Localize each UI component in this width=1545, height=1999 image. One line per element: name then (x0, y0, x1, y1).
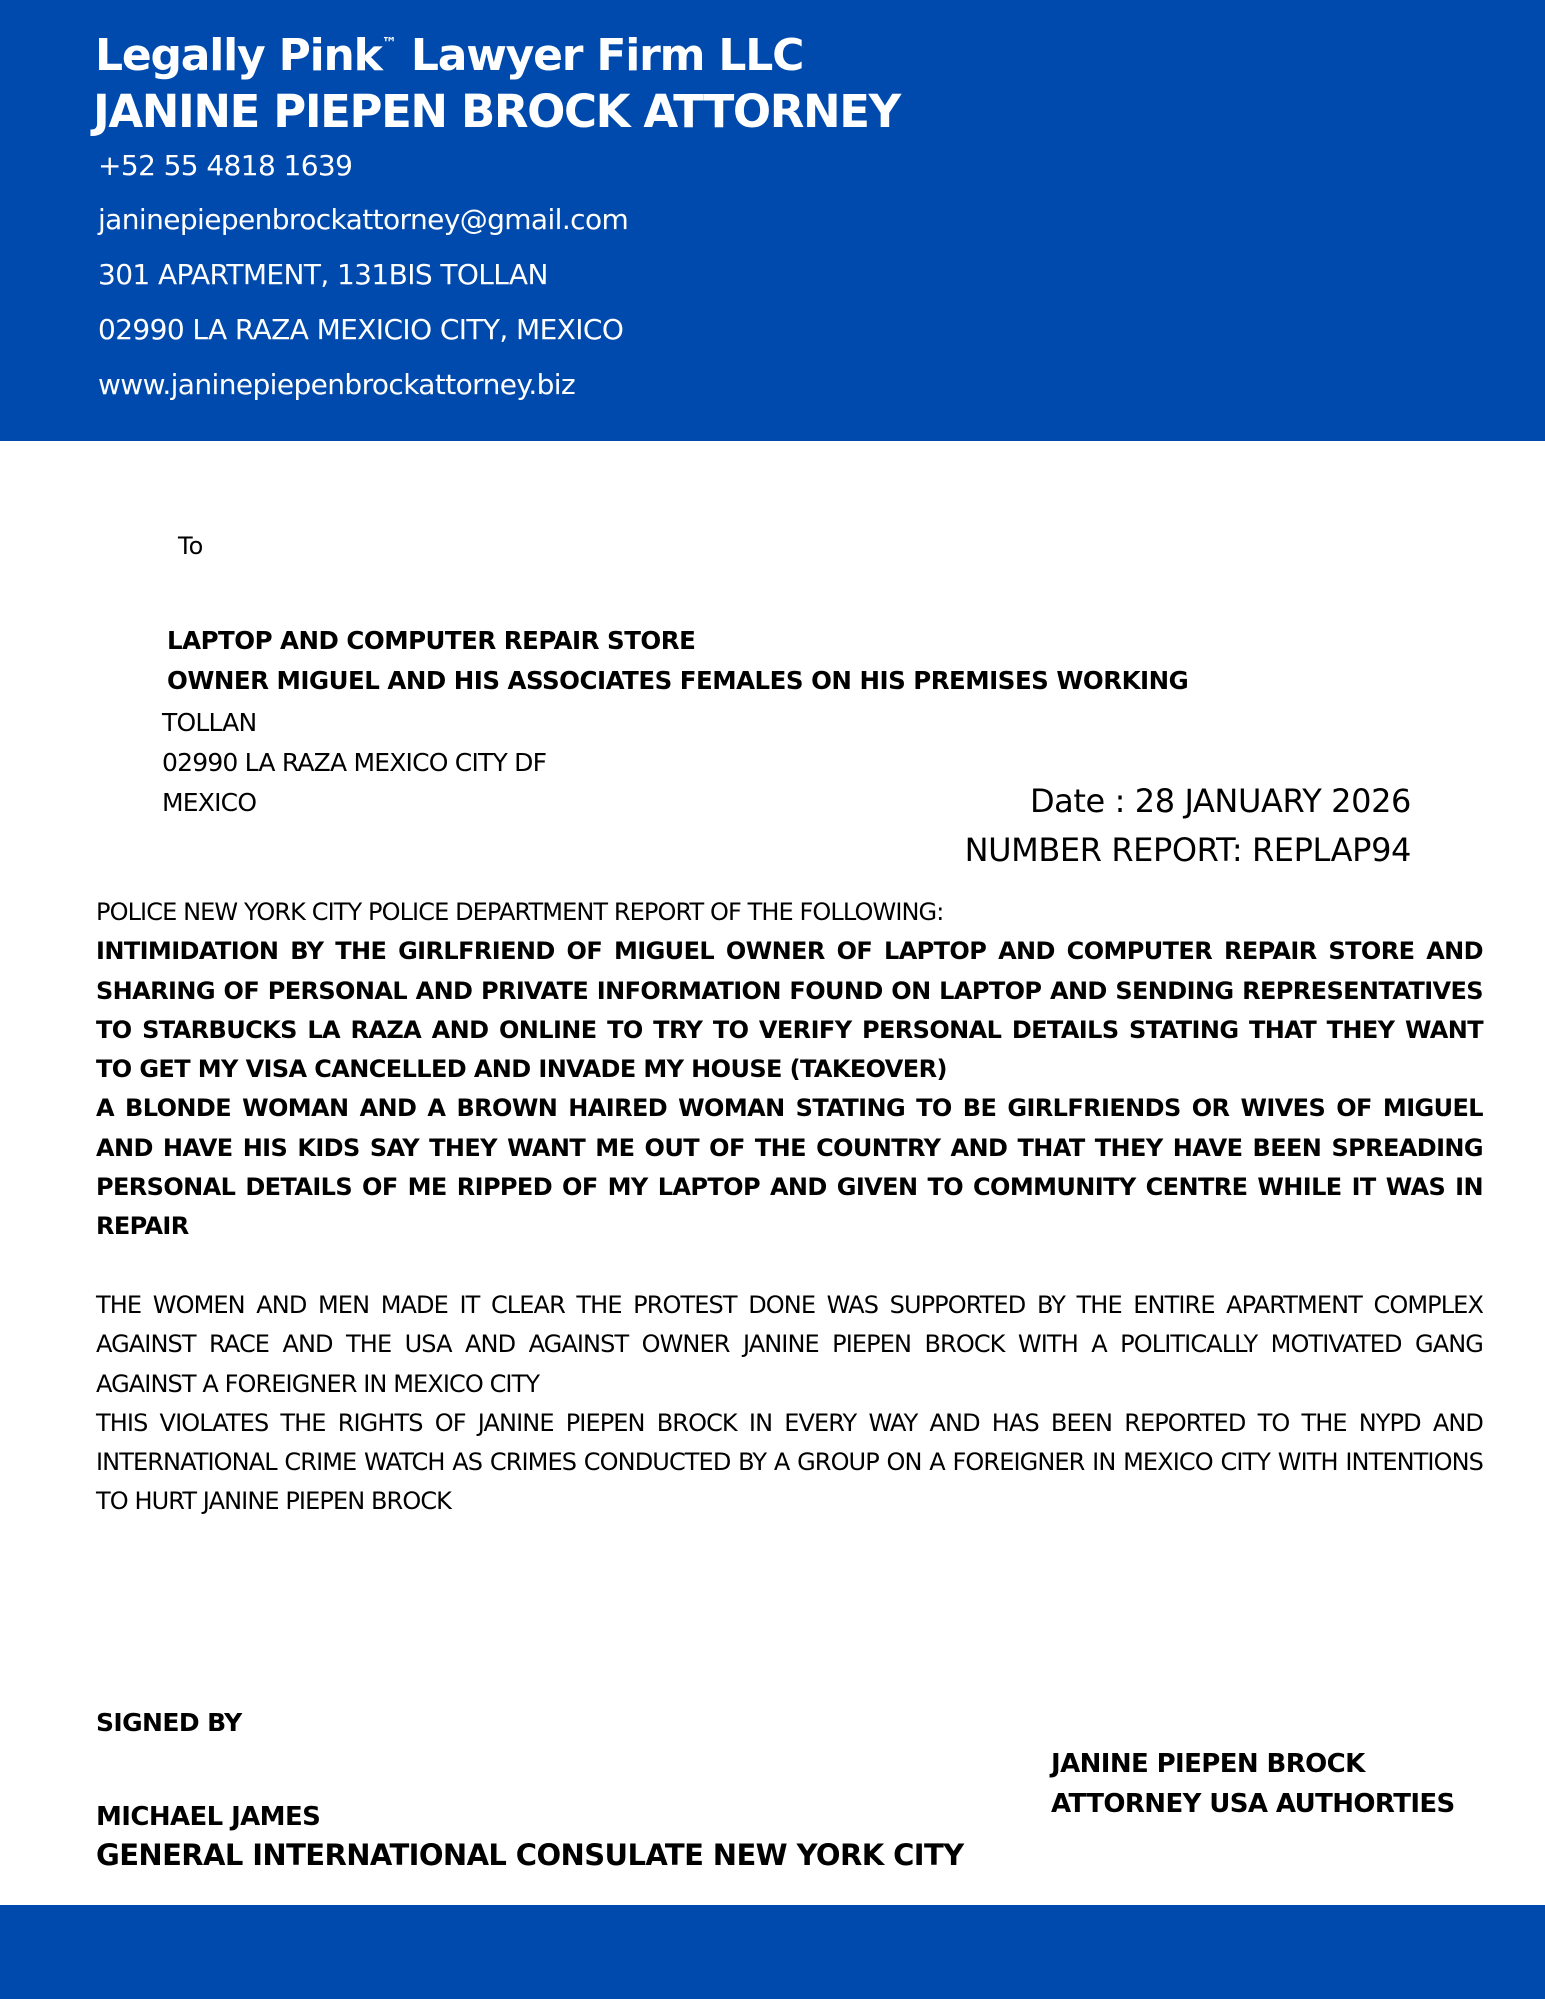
document-date: Date : 28 JANUARY 2026 (1030, 779, 1411, 823)
report-paragraph-protest: THE WOMEN AND MEN MADE IT CLEAR THE PROT… (96, 1286, 1483, 1404)
contact-phone: +52 55 4818 1639 (98, 146, 352, 186)
paragraph-spacer (96, 1247, 1483, 1286)
to-label: To (178, 530, 203, 562)
trademark-symbol: ™ (382, 34, 397, 52)
contact-website: www.janinepiepenbrockattorney.biz (98, 365, 575, 405)
letterhead-footer (0, 1905, 1545, 1999)
contact-email: janinepiepenbrockattorney@gmail.com (98, 200, 628, 240)
report-paragraph-violation: THIS VIOLATES THE RIGHTS OF JANINE PIEPE… (96, 1404, 1483, 1522)
attorney-name-heading: JANINE PIEPEN BROCK ATTORNEY (93, 82, 900, 142)
letterhead-header: Legally Pink™ Lawyer Firm LLC JANINE PIE… (0, 0, 1545, 441)
recipient-address-line2: 02990 LA RAZA MEXICO CITY DF (162, 746, 546, 780)
report-body: POLICE NEW YORK CITY POLICE DEPARTMENT R… (96, 893, 1483, 1522)
report-paragraph-intimidation: INTIMIDATION BY THE GIRLFRIEND OF MIGUEL… (96, 932, 1483, 1089)
report-paragraph-women: A BLONDE WOMAN AND A BROWN HAIRED WOMAN … (96, 1089, 1483, 1246)
signer-title: GENERAL INTERNATIONAL CONSULATE NEW YORK… (96, 1838, 964, 1872)
firm-name-suffix: Lawyer Firm LLC (397, 30, 803, 81)
recipient-address-line1: TOLLAN (162, 706, 256, 740)
firm-name-main: Legally Pink (95, 30, 382, 81)
contact-address-line1: 301 APARTMENT, 131BIS TOLLAN (98, 255, 548, 295)
attorney-signature-name: JANINE PIEPEN BROCK (1051, 1749, 1365, 1779)
recipient-address-line3: MEXICO (162, 786, 256, 820)
recipient-name-line1: LAPTOP AND COMPUTER REPAIR STORE (167, 624, 695, 658)
report-number: NUMBER REPORT: REPLAP94 (965, 828, 1411, 872)
signer-name: MICHAEL JAMES (96, 1802, 320, 1832)
report-intro: POLICE NEW YORK CITY POLICE DEPARTMENT R… (96, 893, 1483, 932)
signed-by-label: SIGNED BY (96, 1708, 242, 1737)
recipient-name-line2: OWNER MIGUEL AND HIS ASSOCIATES FEMALES … (167, 664, 1188, 698)
attorney-signature-title: ATTORNEY USA AUTHORTIES (1051, 1789, 1455, 1819)
contact-address-line2: 02990 LA RAZA MEXICIO CITY, MEXICO (98, 310, 623, 350)
